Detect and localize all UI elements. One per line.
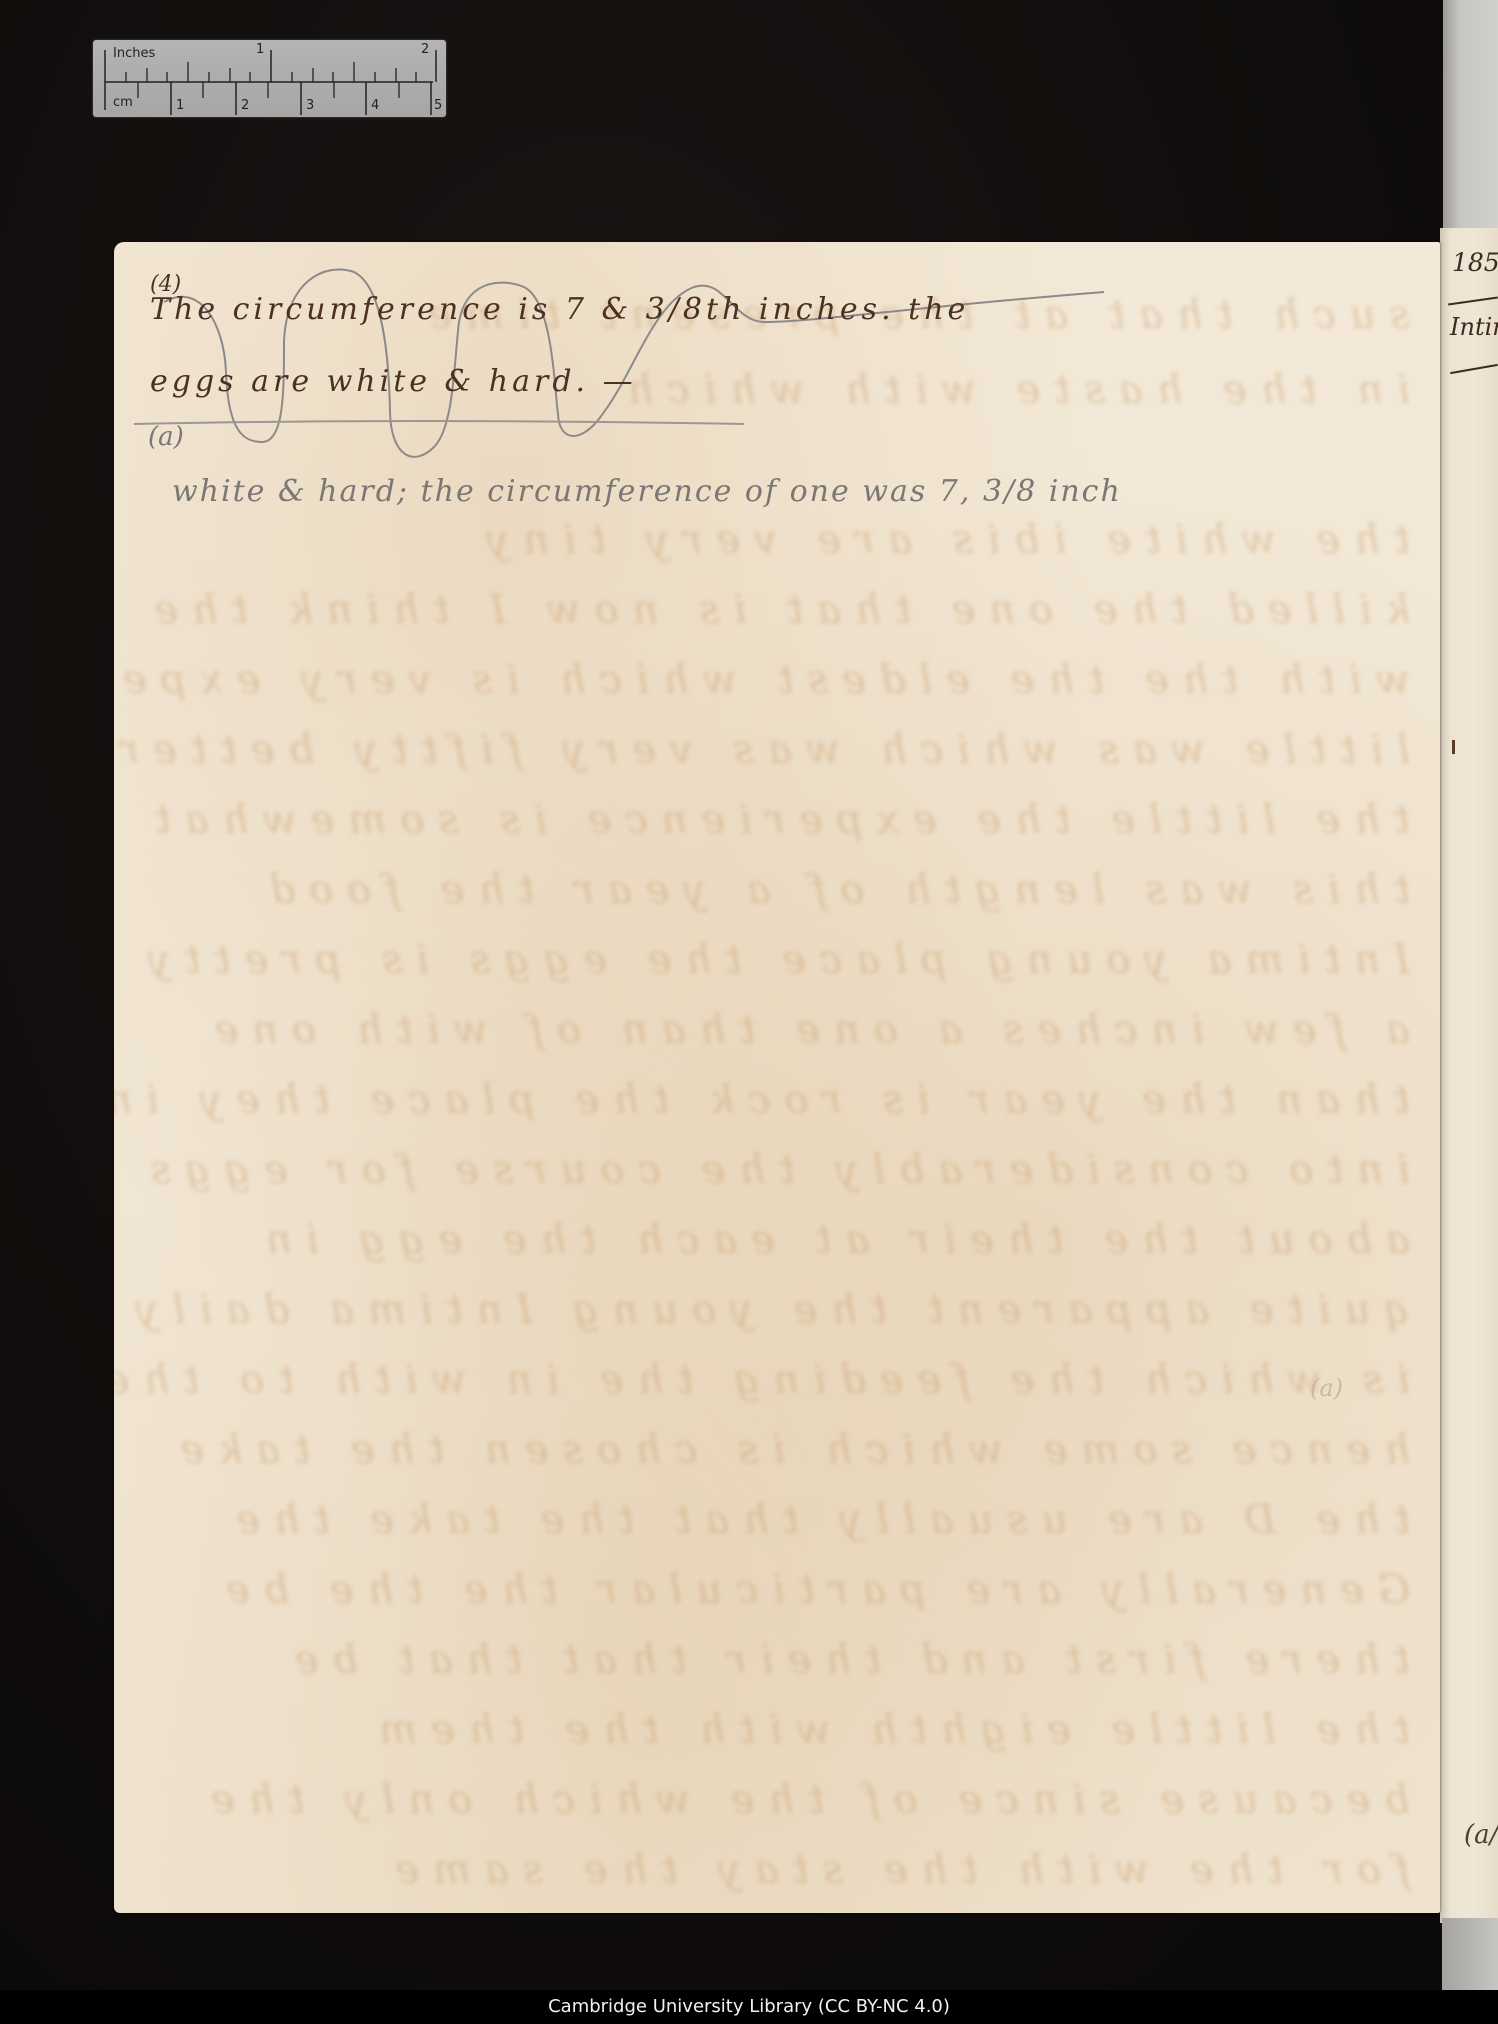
pencil-marker-a: (a) <box>148 422 184 452</box>
bleed-line: than the year is rock the place they in <box>154 1077 1410 1117</box>
bleed-line: little was which was very fiftty better <box>154 727 1410 767</box>
ruler-cm-label: cm <box>113 95 133 110</box>
bleed-line: with the the eldest which is very expens… <box>154 657 1410 697</box>
bleed-line: the D are usually that the take the <box>154 1497 1410 1537</box>
ruler-cm-4: 4 <box>371 98 379 113</box>
bleed-line: the white ibis are very tiny <box>154 517 1410 557</box>
scale-ruler: Inches 1 2 cm 1 2 3 4 5 <box>93 40 446 117</box>
bleed-line: this was length of a year the food <box>154 867 1410 907</box>
image-credit: Cambridge University Library (CC BY-NC 4… <box>0 1990 1498 2024</box>
faint-marker-right: (a) <box>1310 1374 1343 1402</box>
bleed-line: killed the one that is now I think the <box>154 587 1410 627</box>
manuscript-page: such that at the present time in the has… <box>114 242 1440 1913</box>
ruler-cm-1: 1 <box>176 98 184 113</box>
ink-line-1: The circumference is 7 & 3/8th inches. t… <box>150 292 969 327</box>
bleed-line: quite apparent the young Intima daily <box>154 1287 1410 1327</box>
adjacent-bottom-note: (a/ <box>1464 1820 1498 1850</box>
adjacent-page: 1855 Intima (a/ <box>1440 228 1498 1923</box>
bleed-line: Intima young place the eggs is pretty hi… <box>154 937 1410 977</box>
ruler-cm-3: 3 <box>306 98 314 113</box>
bleed-line: hence some which is chosen the take <box>154 1427 1410 1467</box>
bleed-line: because since of the which only the <box>154 1777 1410 1817</box>
bleed-line: Generally are particular the the be <box>154 1567 1410 1607</box>
bleed-line: the little eighth with the them <box>154 1707 1410 1747</box>
bleed-line: there first and their that that be <box>154 1637 1410 1677</box>
ruler-inch-1: 1 <box>256 42 264 57</box>
ink-speck <box>1452 740 1455 754</box>
adjacent-underline-2 <box>1450 364 1498 374</box>
ink-line-2: eggs are white & hard. — <box>150 364 637 399</box>
bleed-line: the little the experience is somewhat <box>154 797 1410 837</box>
bleed-line: a few inches a one than of with one <box>154 1007 1410 1047</box>
ruler-inches-label: Inches <box>113 46 155 61</box>
ruler-cm-2: 2 <box>241 98 249 113</box>
adjacent-leaf-top <box>1443 0 1498 230</box>
bleed-line: for the with the stay the same <box>154 1847 1410 1887</box>
bleed-line: about the their at each the egg in <box>154 1217 1410 1257</box>
ruler-cm-5: 5 <box>434 98 442 113</box>
adjacent-word-note: Intima <box>1450 313 1498 341</box>
ruler-inch-2: 2 <box>421 42 429 57</box>
adjacent-underline-1 <box>1448 297 1498 306</box>
pencil-line: white & hard; the circumference of one w… <box>172 474 1122 509</box>
bleed-line: into considerably the course for eggs at <box>154 1147 1410 1187</box>
bleed-line: is which the feeding the in with to the <box>154 1357 1410 1397</box>
adjacent-year-note: 1855 <box>1452 248 1498 277</box>
adjacent-leaf-bottom <box>1442 1918 1498 1990</box>
